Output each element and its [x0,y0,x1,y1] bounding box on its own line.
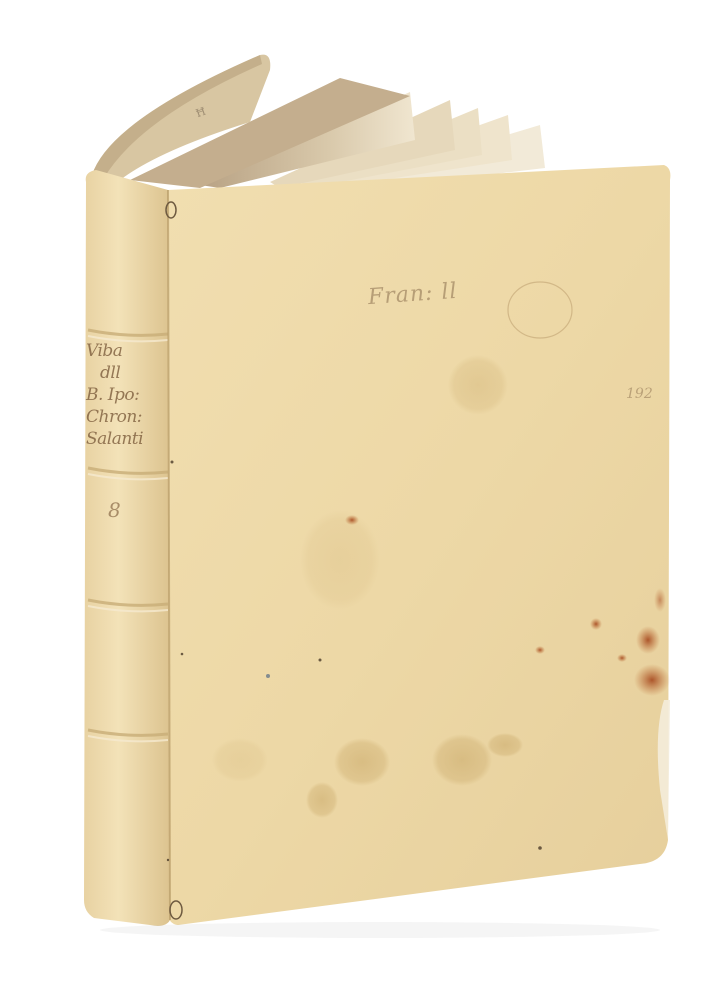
spine-title-line: Chron: [86,406,170,428]
spine [84,170,170,926]
front-cover [168,165,670,925]
spine-title-line: Viba [86,340,170,362]
spine-volume-mark: 8 [108,498,121,522]
spine-title-line: B. Ipo: [86,384,170,406]
spine-title-line: Salanti [86,428,170,450]
spine-title-line: dll [86,362,170,384]
spine-title: Viba dll B. Ipo: Chron: Salanti [86,340,170,450]
book-photo: Ħ Viba dll B. Ipo: Chron: Salanti 8 Fran… [0,0,728,1000]
cover-number: 192 [626,386,653,402]
